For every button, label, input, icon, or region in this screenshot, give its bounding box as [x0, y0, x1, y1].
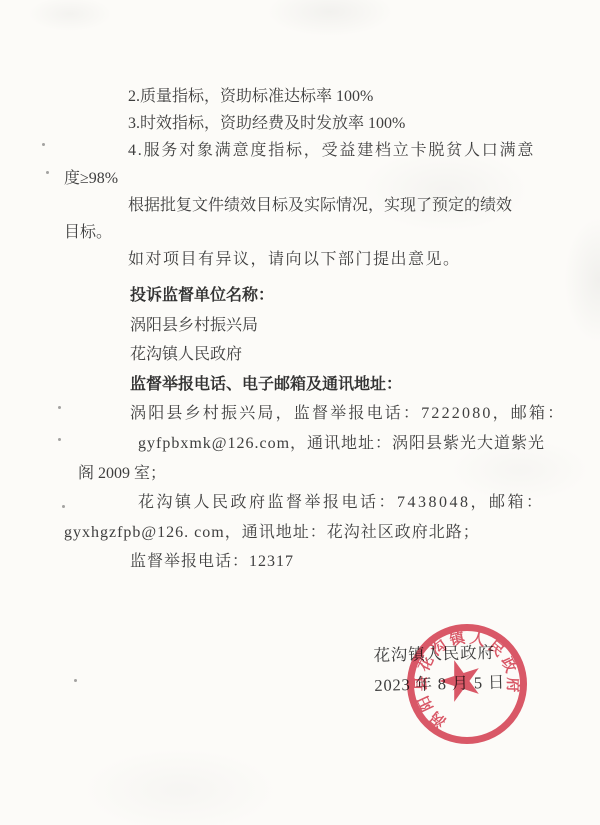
- seal-ring-char: 县: [413, 676, 430, 691]
- body-line: 度≥98%: [64, 165, 534, 192]
- body-line-email: gyfpbxmk@126.com，通讯地址：涡阳县紫光大道紫光: [64, 429, 534, 459]
- scan-speck: [58, 406, 61, 409]
- scan-speck: [62, 505, 65, 508]
- scan-speck: [46, 171, 49, 174]
- body-section-supervision: 投诉监督单位名称： 涡阳县乡村振兴局 花沟镇人民政府 监督举报电话、电子邮箱及通…: [64, 281, 534, 577]
- star-icon: [434, 654, 486, 705]
- scan-speck: [58, 438, 61, 441]
- body-section-indicators: 2.质量指标，资助标准达标率 100% 3.时效指标，资助经费及时发放率 100…: [64, 83, 534, 273]
- body-line: 目标。: [64, 219, 534, 246]
- section-heading-contact-info: 监督举报电话、电子邮箱及通讯地址：: [64, 370, 534, 400]
- body-line: 涡阳县乡村振兴局: [64, 311, 534, 341]
- body-line: 涡阳县乡村振兴局，监督举报电话：7222080，邮箱：: [64, 399, 534, 429]
- scan-speck: [42, 143, 45, 146]
- official-seal: 涡 阳 县 花 沟 镇 人 民 政 府: [397, 614, 537, 754]
- body-line: 如对项目有异议，请向以下部门提出意见。: [64, 246, 534, 273]
- seal-ring-char: 府: [504, 677, 522, 692]
- scan-speck: [74, 679, 77, 682]
- body-line: 监督举报电话：12317: [64, 547, 534, 577]
- body-line: 花沟镇人民政府: [64, 340, 534, 370]
- body-line: 4.服务对象满意度指标，受益建档立卡脱贫人口满意: [64, 137, 534, 164]
- seal-ring-char: 人: [468, 630, 487, 650]
- body-line: 花沟镇人民政府监督举报电话：7438048，邮箱：: [64, 488, 534, 518]
- document-page: 2.质量指标，资助标准达标率 100% 3.时效指标，资助经费及时发放率 100…: [0, 0, 600, 825]
- body-line: 阁 2009 室；: [64, 459, 534, 489]
- section-heading-complaint-units: 投诉监督单位名称：: [64, 281, 534, 311]
- body-line: 2.质量指标，资助标准达标率 100%: [64, 83, 534, 110]
- body-line-email: gyxhgzfpb@126. com，通讯地址：花沟社区政府北路；: [64, 518, 534, 548]
- body-line: 3.时效指标，资助经费及时发放率 100%: [64, 110, 534, 137]
- body-line: 根据批复文件绩效目标及实际情况，实现了预定的绩效: [64, 192, 534, 219]
